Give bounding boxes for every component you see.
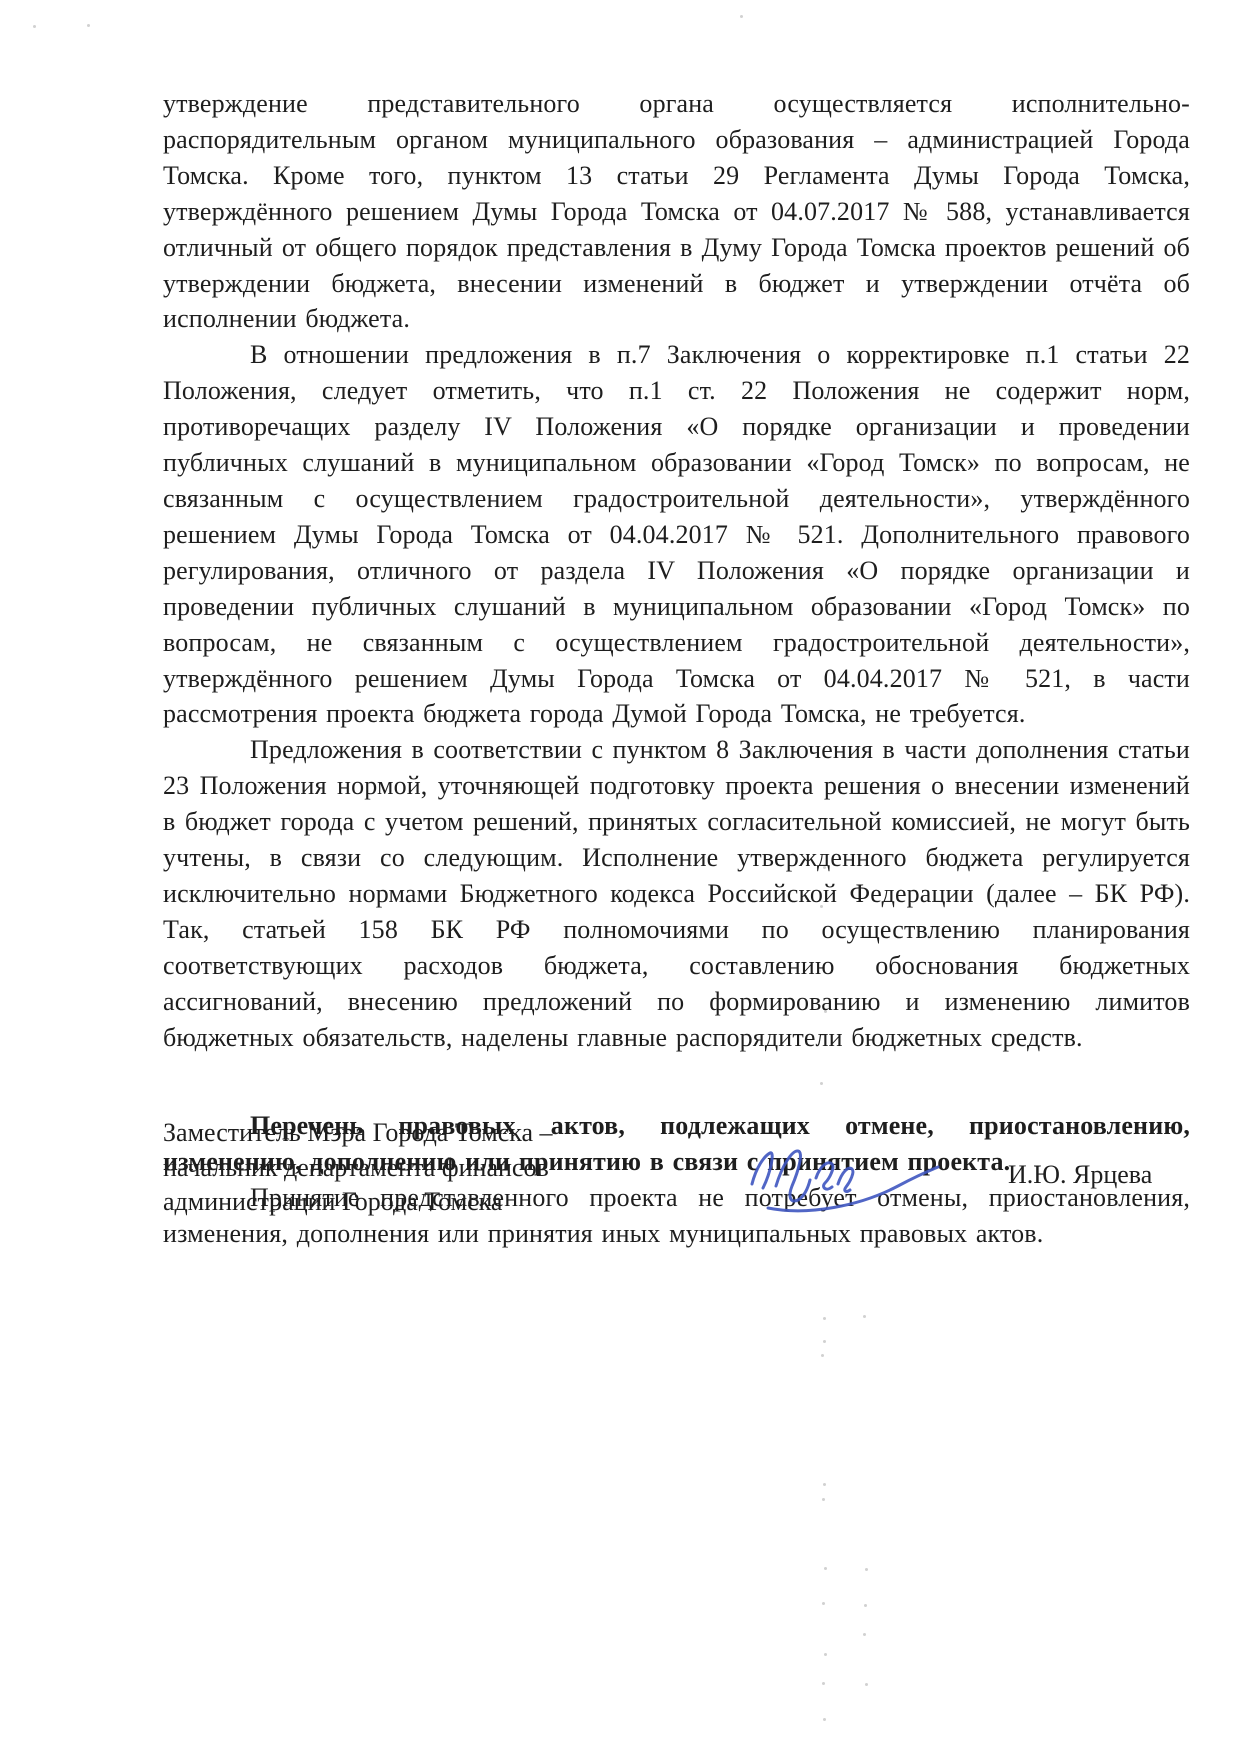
paragraph-proposal-p8: Предложения в соответствии с пунктом 8 З… — [163, 732, 1190, 1055]
document-body: утверждение представительного органа осу… — [163, 86, 1190, 1252]
document-page: утверждение представительного органа осу… — [0, 0, 1240, 1753]
paragraph-budget-approval: утверждение представительного органа осу… — [163, 86, 1190, 337]
paragraph-proposal-p7: В отношении предложения в п.7 Заключения… — [163, 337, 1190, 732]
signer-position-line-1: Заместитель Мэра Города Томска – — [163, 1116, 553, 1151]
signer-name: И.Ю. Ярцева — [1008, 1160, 1152, 1190]
signer-position-line-2: начальник департамента финансов — [163, 1151, 553, 1186]
signature-position-block: Заместитель Мэра Города Томска – начальн… — [163, 1116, 553, 1220]
signer-position-line-3: администрации Города Томска — [163, 1185, 553, 1220]
handwritten-signature — [738, 1120, 953, 1220]
